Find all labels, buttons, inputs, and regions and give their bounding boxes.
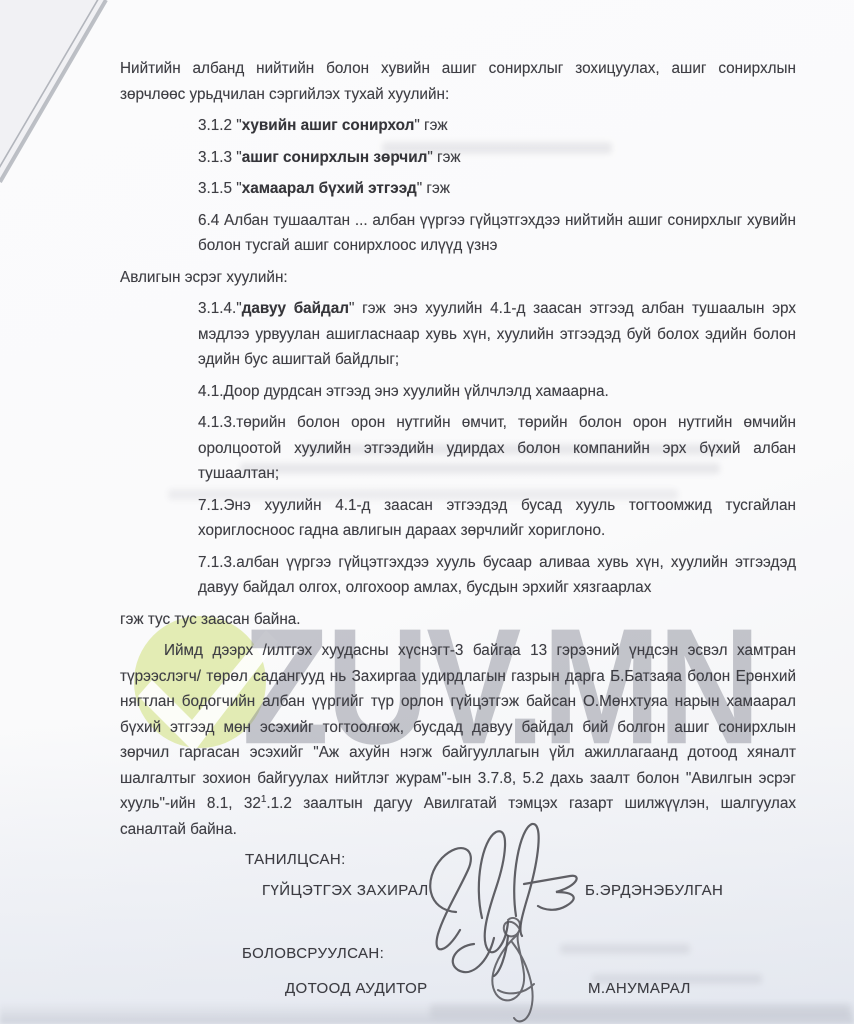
- paragraph: 7.1.Энэ хуулийн 4.1-д заасан этгээдэд бу…: [198, 493, 796, 544]
- paragraph: Иймд дээрх /илтгэх хуудасны хүснэгт-3 ба…: [120, 638, 796, 842]
- document-body: Нийтийн албанд нийтийн болон хувийн ашиг…: [120, 56, 796, 848]
- prepared-title: ДОТООД АУДИТОР: [285, 980, 428, 997]
- paragraph: гэж тус тус заасан байна.: [120, 607, 796, 633]
- reviewed-label: ТАНИЛЦСАН:: [245, 851, 346, 868]
- paragraph: 3.1.5 "хамаарал бүхий этгээд" гэж: [198, 176, 796, 202]
- scanned-document-page: ZUV.MN Нийтийн албанд нийтийн болон хуви…: [0, 0, 854, 1024]
- paragraph: 4.1.3.төрийн болон орон нутгийн өмчит, т…: [198, 410, 796, 487]
- paragraph: Нийтийн албанд нийтийн болон хувийн ашиг…: [120, 56, 796, 107]
- paragraphs: Нийтийн албанд нийтийн болон хувийн ашиг…: [120, 56, 796, 842]
- prepared-name: М.АНУМАРАЛ: [588, 980, 691, 997]
- paragraph: 4.1.Доор дурдсан этгээд энэ хуулийн үйлч…: [198, 379, 796, 405]
- signature-section: ТАНИЛЦСАН: ГҮЙЦЭТГЭХ ЗАХИРАЛ Б.ЭРДЭНЭБУЛ…: [0, 845, 854, 1024]
- paragraph: 7.1.3.албан үүргээ гүйцэтгэхдээ хууль бу…: [198, 550, 796, 601]
- prepared-label: БОЛОВСРУУЛСАН:: [242, 945, 384, 962]
- paragraph: Авлигын эсрэг хуулийн:: [120, 265, 796, 291]
- paragraph: 3.1.3 "ашиг сонирхлын зөрчил" гэж: [198, 145, 796, 171]
- paragraph: 3.1.4."давуу байдал" гэж энэ хуулийн 4.1…: [198, 296, 796, 373]
- reviewed-name: Б.ЭРДЭНЭБУЛГАН: [585, 882, 723, 899]
- reviewed-title: ГҮЙЦЭТГЭХ ЗАХИРАЛ: [262, 882, 429, 899]
- paragraph: 3.1.2 "хувийн ашиг сонирхол" гэж: [198, 113, 796, 139]
- paragraph: 6.4 Албан тушаалтан ... албан үүргээ гүй…: [198, 208, 796, 259]
